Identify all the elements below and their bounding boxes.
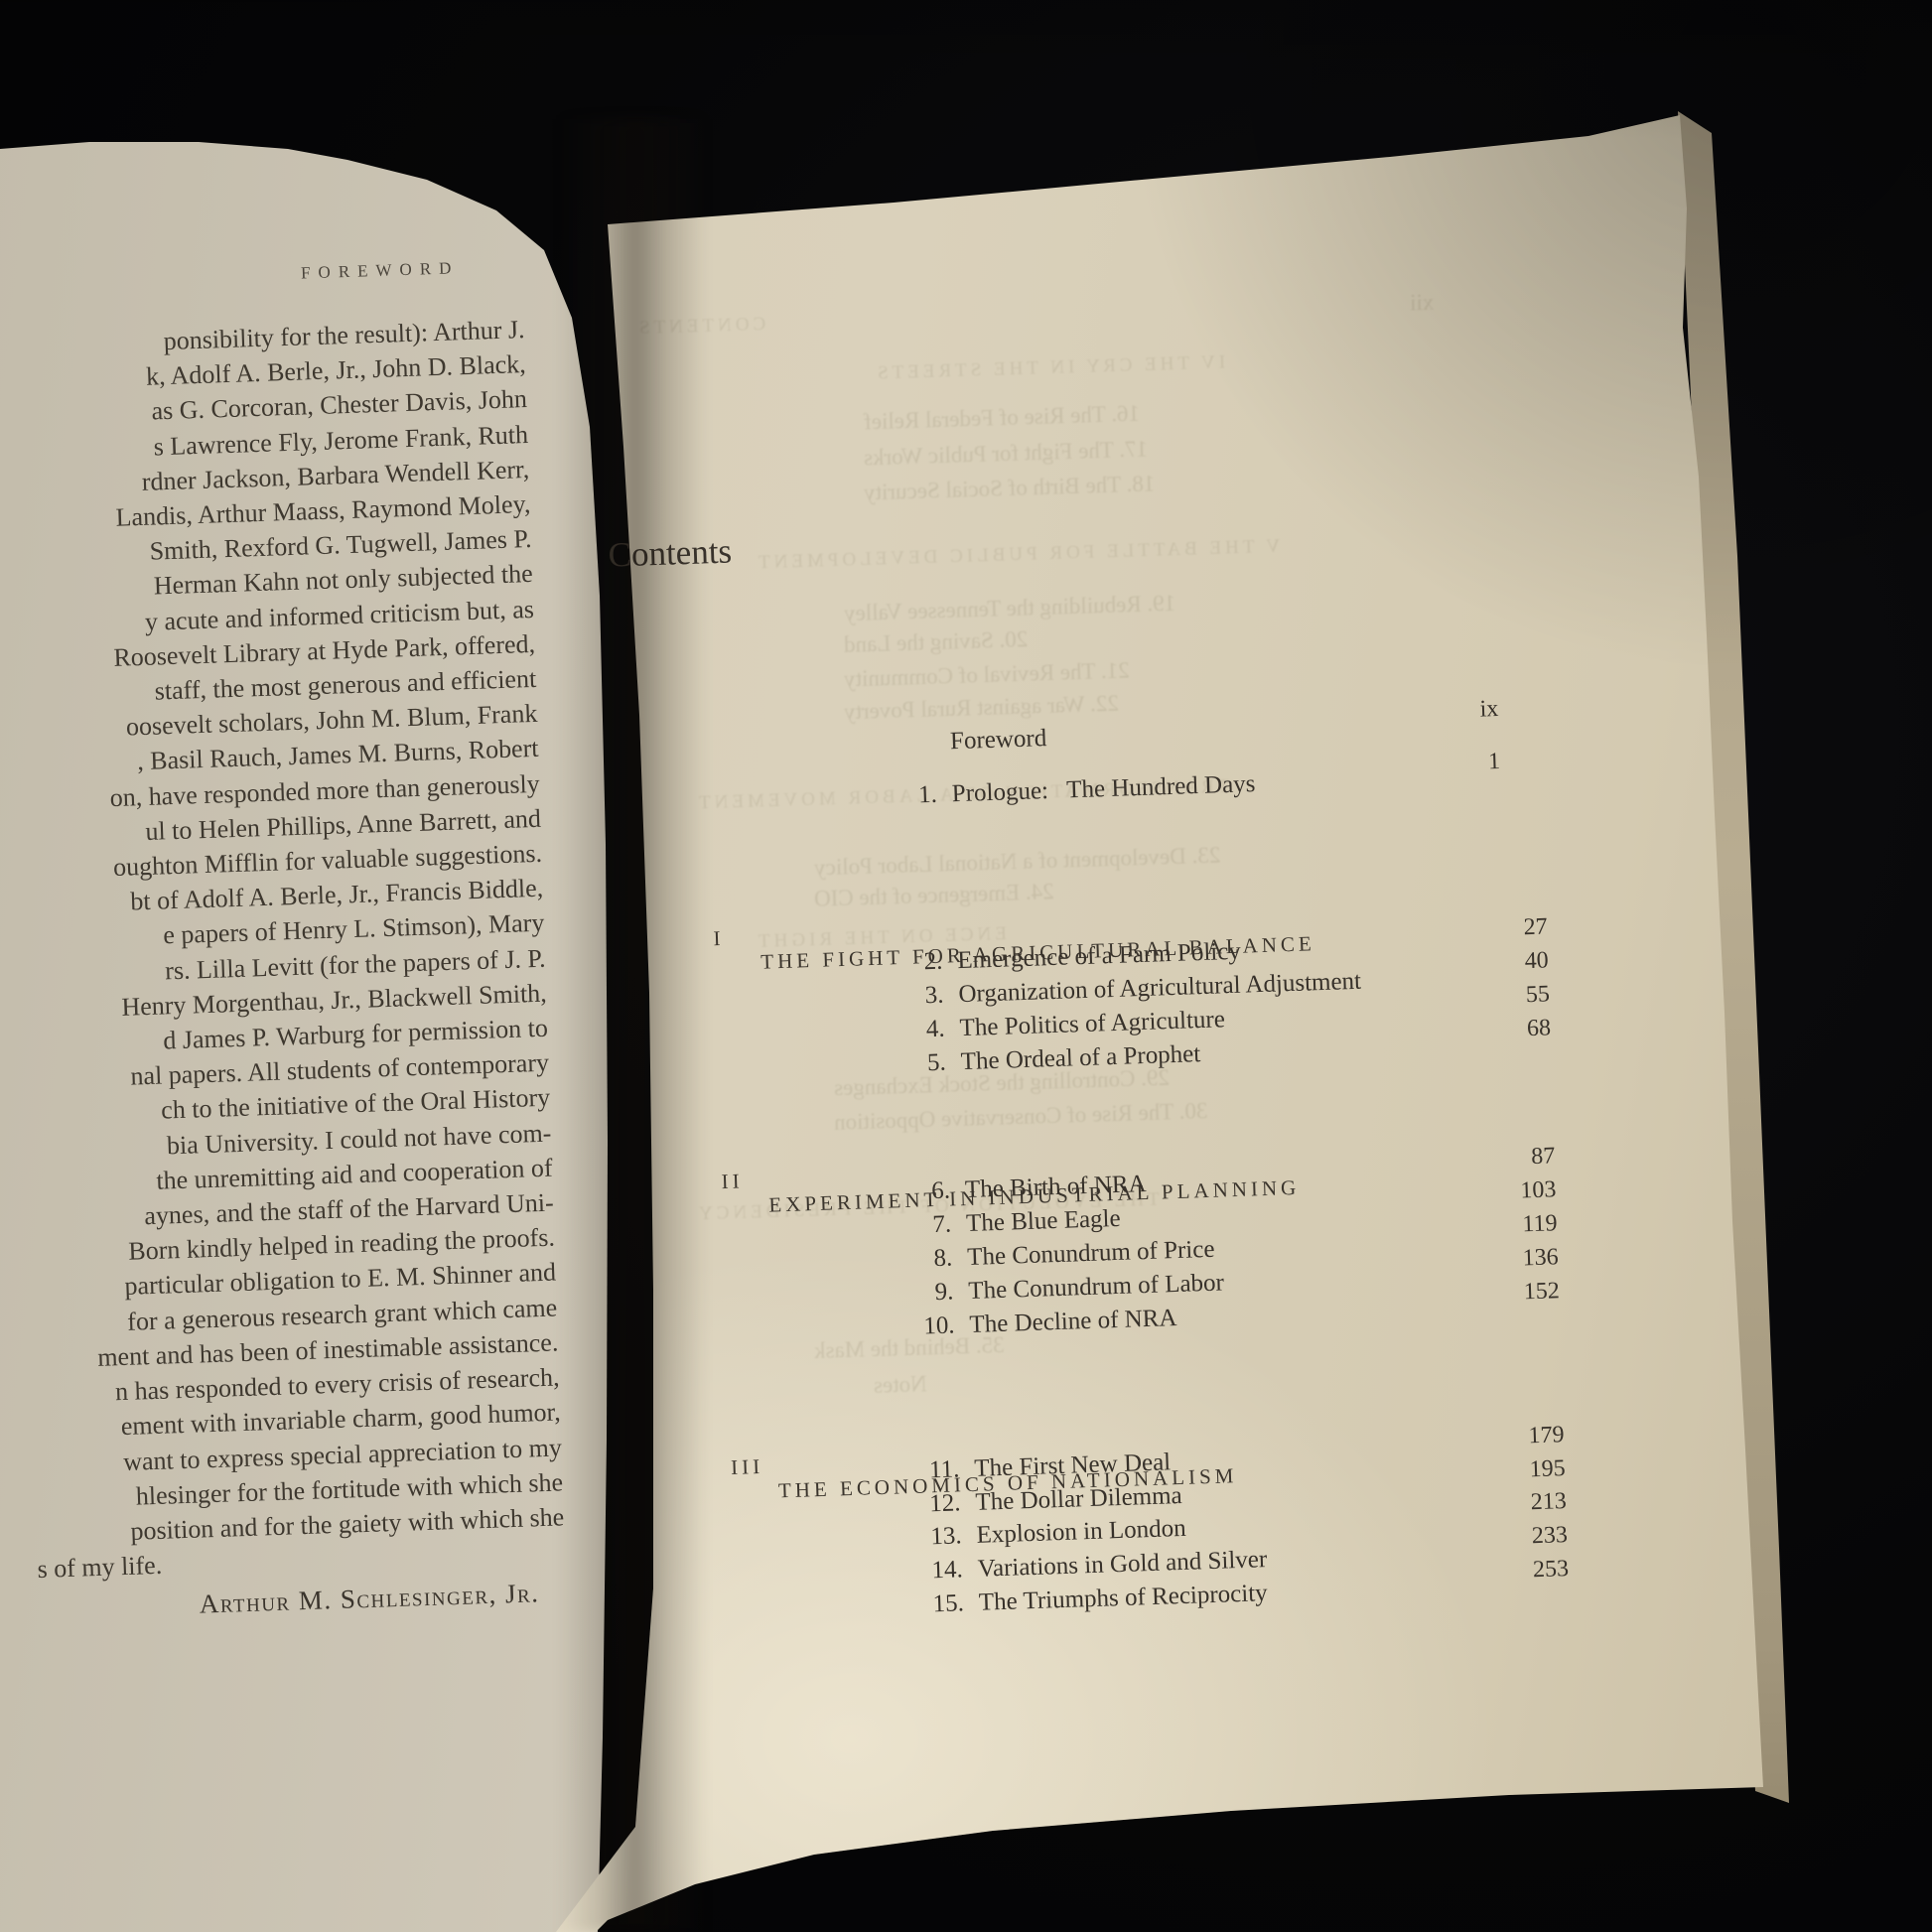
- spine-gutter-shadow: [558, 119, 707, 1932]
- toc-chapter-title: The Birth of NRA: [965, 1171, 1147, 1204]
- toc-row: Foreword ix: [603, 709, 1542, 773]
- toc-page-number: 136: [1522, 1244, 1559, 1272]
- toc-page-number: 87: [1531, 1143, 1556, 1171]
- toc-page-number: 233: [1531, 1522, 1568, 1550]
- toc-chapter-title: The Blue Eagle: [966, 1205, 1121, 1238]
- ghost-line: xii: [1410, 290, 1435, 317]
- toc-chapter-title: Prologue: The Hundred Days: [951, 770, 1256, 808]
- toc-page-number: 40: [1524, 947, 1549, 975]
- toc-row: 1. Prologue: The Hundred Days 1: [605, 761, 1544, 826]
- toc-page-number: 55: [1525, 981, 1550, 1009]
- toc-chapter-title: The Dollar Dilemma: [975, 1482, 1182, 1517]
- toc-chapter-title: Explosion in London: [976, 1515, 1186, 1550]
- toc-page-number: 68: [1527, 1015, 1552, 1042]
- toc-section-roman: I: [713, 926, 725, 951]
- toc-page-number: 179: [1528, 1422, 1565, 1449]
- foreword-text-block: FOREWORD ponsibility for the result): Ar…: [0, 256, 567, 1631]
- toc-page-number: ix: [1479, 696, 1499, 724]
- toc-chapter-title: Foreword: [950, 725, 1047, 756]
- book-photo: xii CONTENTS IV THE CRY IN THE STREETS 1…: [0, 0, 1932, 1932]
- toc-page-number: 1: [1488, 749, 1501, 775]
- toc-page-number: 152: [1523, 1278, 1560, 1306]
- toc-page-number: 119: [1522, 1210, 1558, 1238]
- toc-chapter-title: The First New Deal: [974, 1449, 1172, 1483]
- contents-block: Contents Foreword ix 1. Prologue: The Hu…: [596, 505, 1573, 1708]
- toc-page-number: 213: [1530, 1488, 1567, 1516]
- toc-page-number: 103: [1520, 1176, 1557, 1204]
- toc-page-number: 253: [1533, 1556, 1570, 1584]
- toc-chapter-title: The Decline of NRA: [969, 1305, 1177, 1339]
- toc-page-number: 27: [1523, 913, 1548, 941]
- toc-page-number: 195: [1529, 1455, 1566, 1483]
